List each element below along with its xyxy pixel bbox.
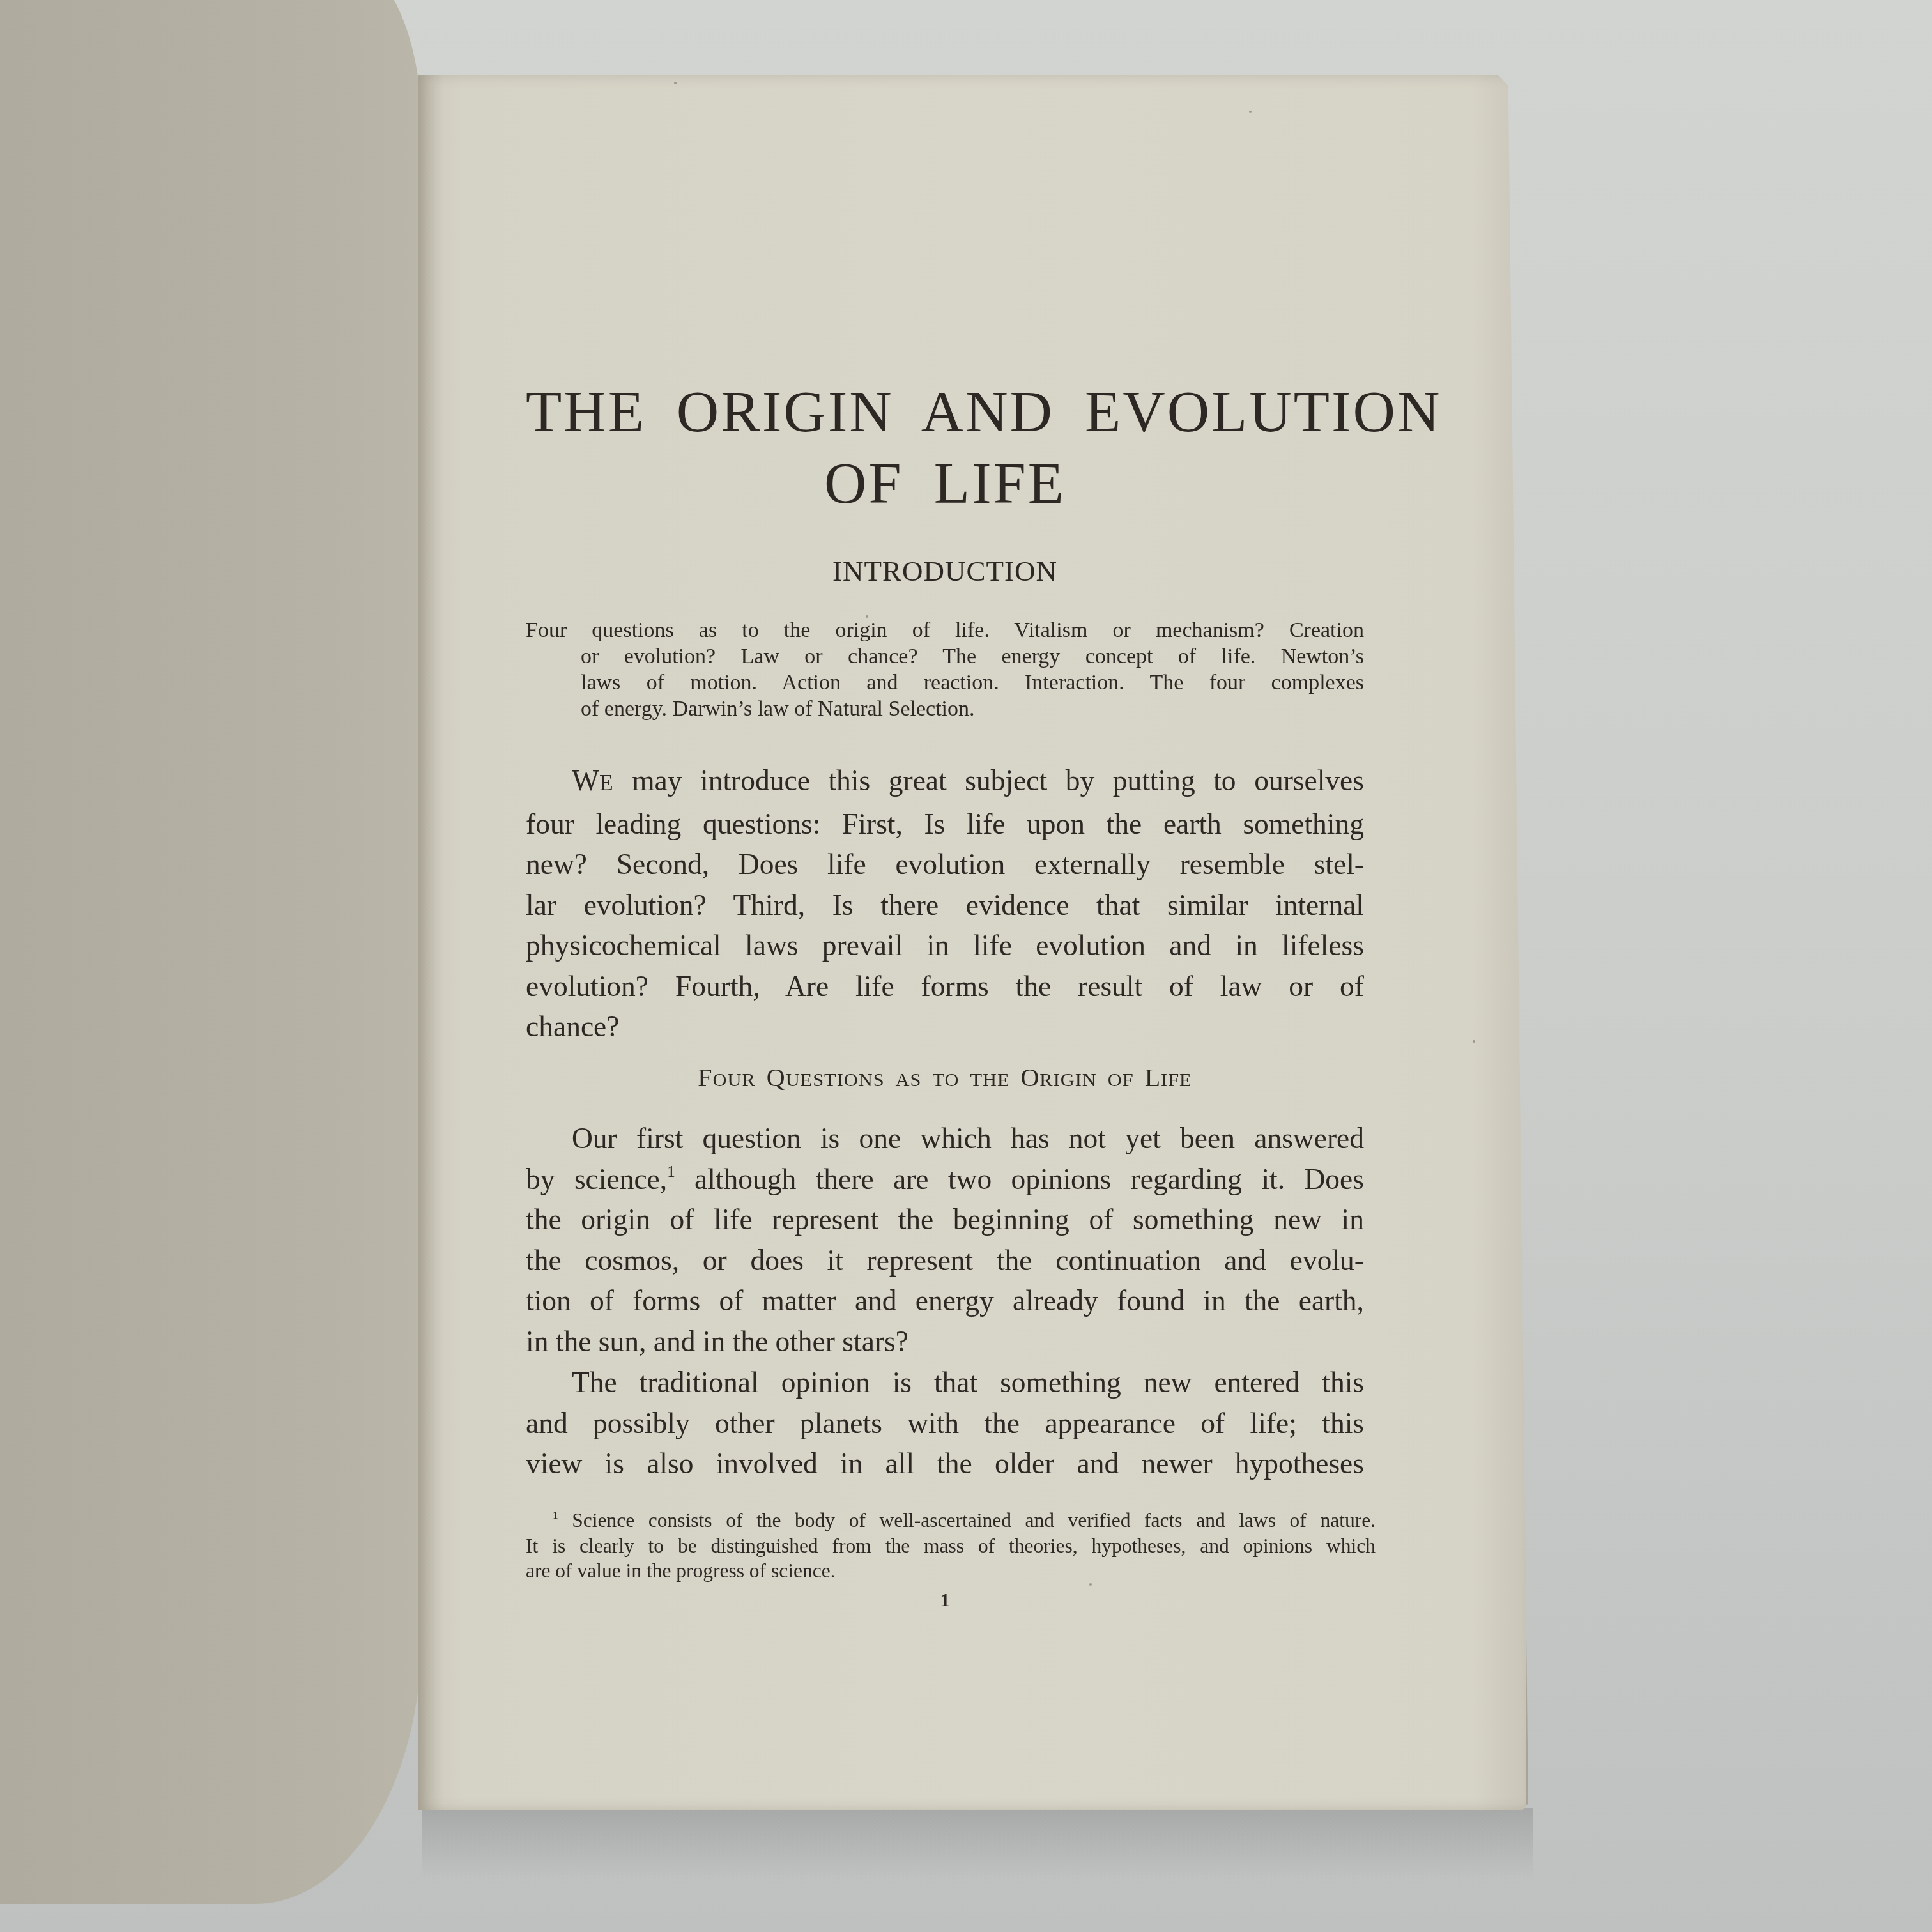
paragraph-line: Our first question is one which has not …	[526, 1118, 1364, 1159]
subheading-word: AS	[896, 1063, 922, 1092]
paragraph-line: The traditional opinion is that somethin…	[526, 1362, 1364, 1403]
paragraph-line: chance?	[526, 1006, 1364, 1047]
subheading-word: TO	[932, 1063, 959, 1092]
paragraph-line: view is also involved in all the older a…	[526, 1443, 1364, 1484]
footnote-reference[interactable]: 1	[667, 1163, 675, 1181]
paragraph-line: evolution? Fourth, Are life forms the re…	[526, 966, 1364, 1007]
paper-speck	[1089, 1583, 1092, 1586]
subheading-word: FOUR	[698, 1063, 755, 1092]
footnote-marker: 1	[553, 1509, 558, 1521]
first-line-text: may introduce this great subject by putt…	[614, 764, 1364, 797]
subheading-word: THE	[970, 1063, 1009, 1092]
initial-letter: W	[572, 764, 599, 797]
synopsis-line: of energy. Darwin’s law of Natural Selec…	[526, 696, 1364, 722]
paragraph-line: and possibly other planets with the appe…	[526, 1403, 1364, 1444]
gutter-shadow	[418, 75, 444, 1810]
page-fore-edge	[1526, 75, 1528, 1810]
paragraph-first-question: Our first question is one which has not …	[526, 1118, 1364, 1361]
synopsis-line: Four questions as to the origin of life.…	[526, 617, 1364, 643]
paragraph-line: WE may introduce this great subject by p…	[526, 760, 1364, 804]
paragraph-line: the origin of life represent the beginni…	[526, 1199, 1364, 1240]
paragraph-line: by science,1 although there are two opin…	[526, 1159, 1364, 1200]
book-title-line-2: OF LIFE	[526, 451, 1364, 515]
chapter-synopsis: Four questions as to the origin of life.…	[526, 617, 1364, 722]
paragraph-line: new? Second, Does life evolution externa…	[526, 844, 1364, 885]
left-page-verso	[0, 0, 422, 1904]
page-drop-shadow	[422, 1808, 1533, 1878]
subheading-word: OF	[1108, 1063, 1134, 1092]
paper-speck	[1249, 111, 1252, 113]
footnote-line: 1 Science consists of the body of well-a…	[526, 1508, 1376, 1533]
paragraph-traditional-opinion: The traditional opinion is that somethin…	[526, 1362, 1364, 1484]
footnote-line: are of value in the progress of science.	[526, 1558, 1376, 1584]
synopsis-line: laws of motion. Action and reaction. Int…	[526, 670, 1364, 696]
paragraph-line: in the sun, and in the other stars?	[526, 1321, 1364, 1362]
footnote-line: It is clearly to be distinguished from t…	[526, 1533, 1376, 1559]
subheading-word: ORIGIN	[1020, 1063, 1096, 1092]
subsection-heading: FOUR QUESTIONS AS TO THE ORIGIN OF LIFE	[526, 1062, 1364, 1092]
book-title-line-1: THE ORIGIN AND EVOLUTION	[526, 379, 1364, 443]
subheading-word: LIFE	[1145, 1063, 1192, 1092]
page-number: 1	[526, 1590, 1364, 1611]
paragraph-intro: WE may introduce this great subject by p…	[526, 760, 1364, 1047]
paper-speck	[1473, 1040, 1475, 1043]
paragraph-line: physicochemical laws prevail in life evo…	[526, 925, 1364, 966]
subheading-word: QUESTIONS	[767, 1063, 885, 1092]
initial-smallcaps: E	[599, 770, 614, 795]
footnote: 1 Science consists of the body of well-a…	[526, 1508, 1376, 1584]
section-heading: INTRODUCTION	[526, 555, 1364, 588]
synopsis-line: or evolution? Law or chance? The energy …	[526, 643, 1364, 670]
paragraph-line: four leading questions: First, Is life u…	[526, 804, 1364, 845]
paper-speck	[674, 82, 677, 84]
paragraph-line: the cosmos, or does it represent the con…	[526, 1240, 1364, 1281]
paragraph-line: lar evolution? Third, Is there evidence …	[526, 885, 1364, 926]
paragraph-line: tion of forms of matter and energy alrea…	[526, 1280, 1364, 1321]
